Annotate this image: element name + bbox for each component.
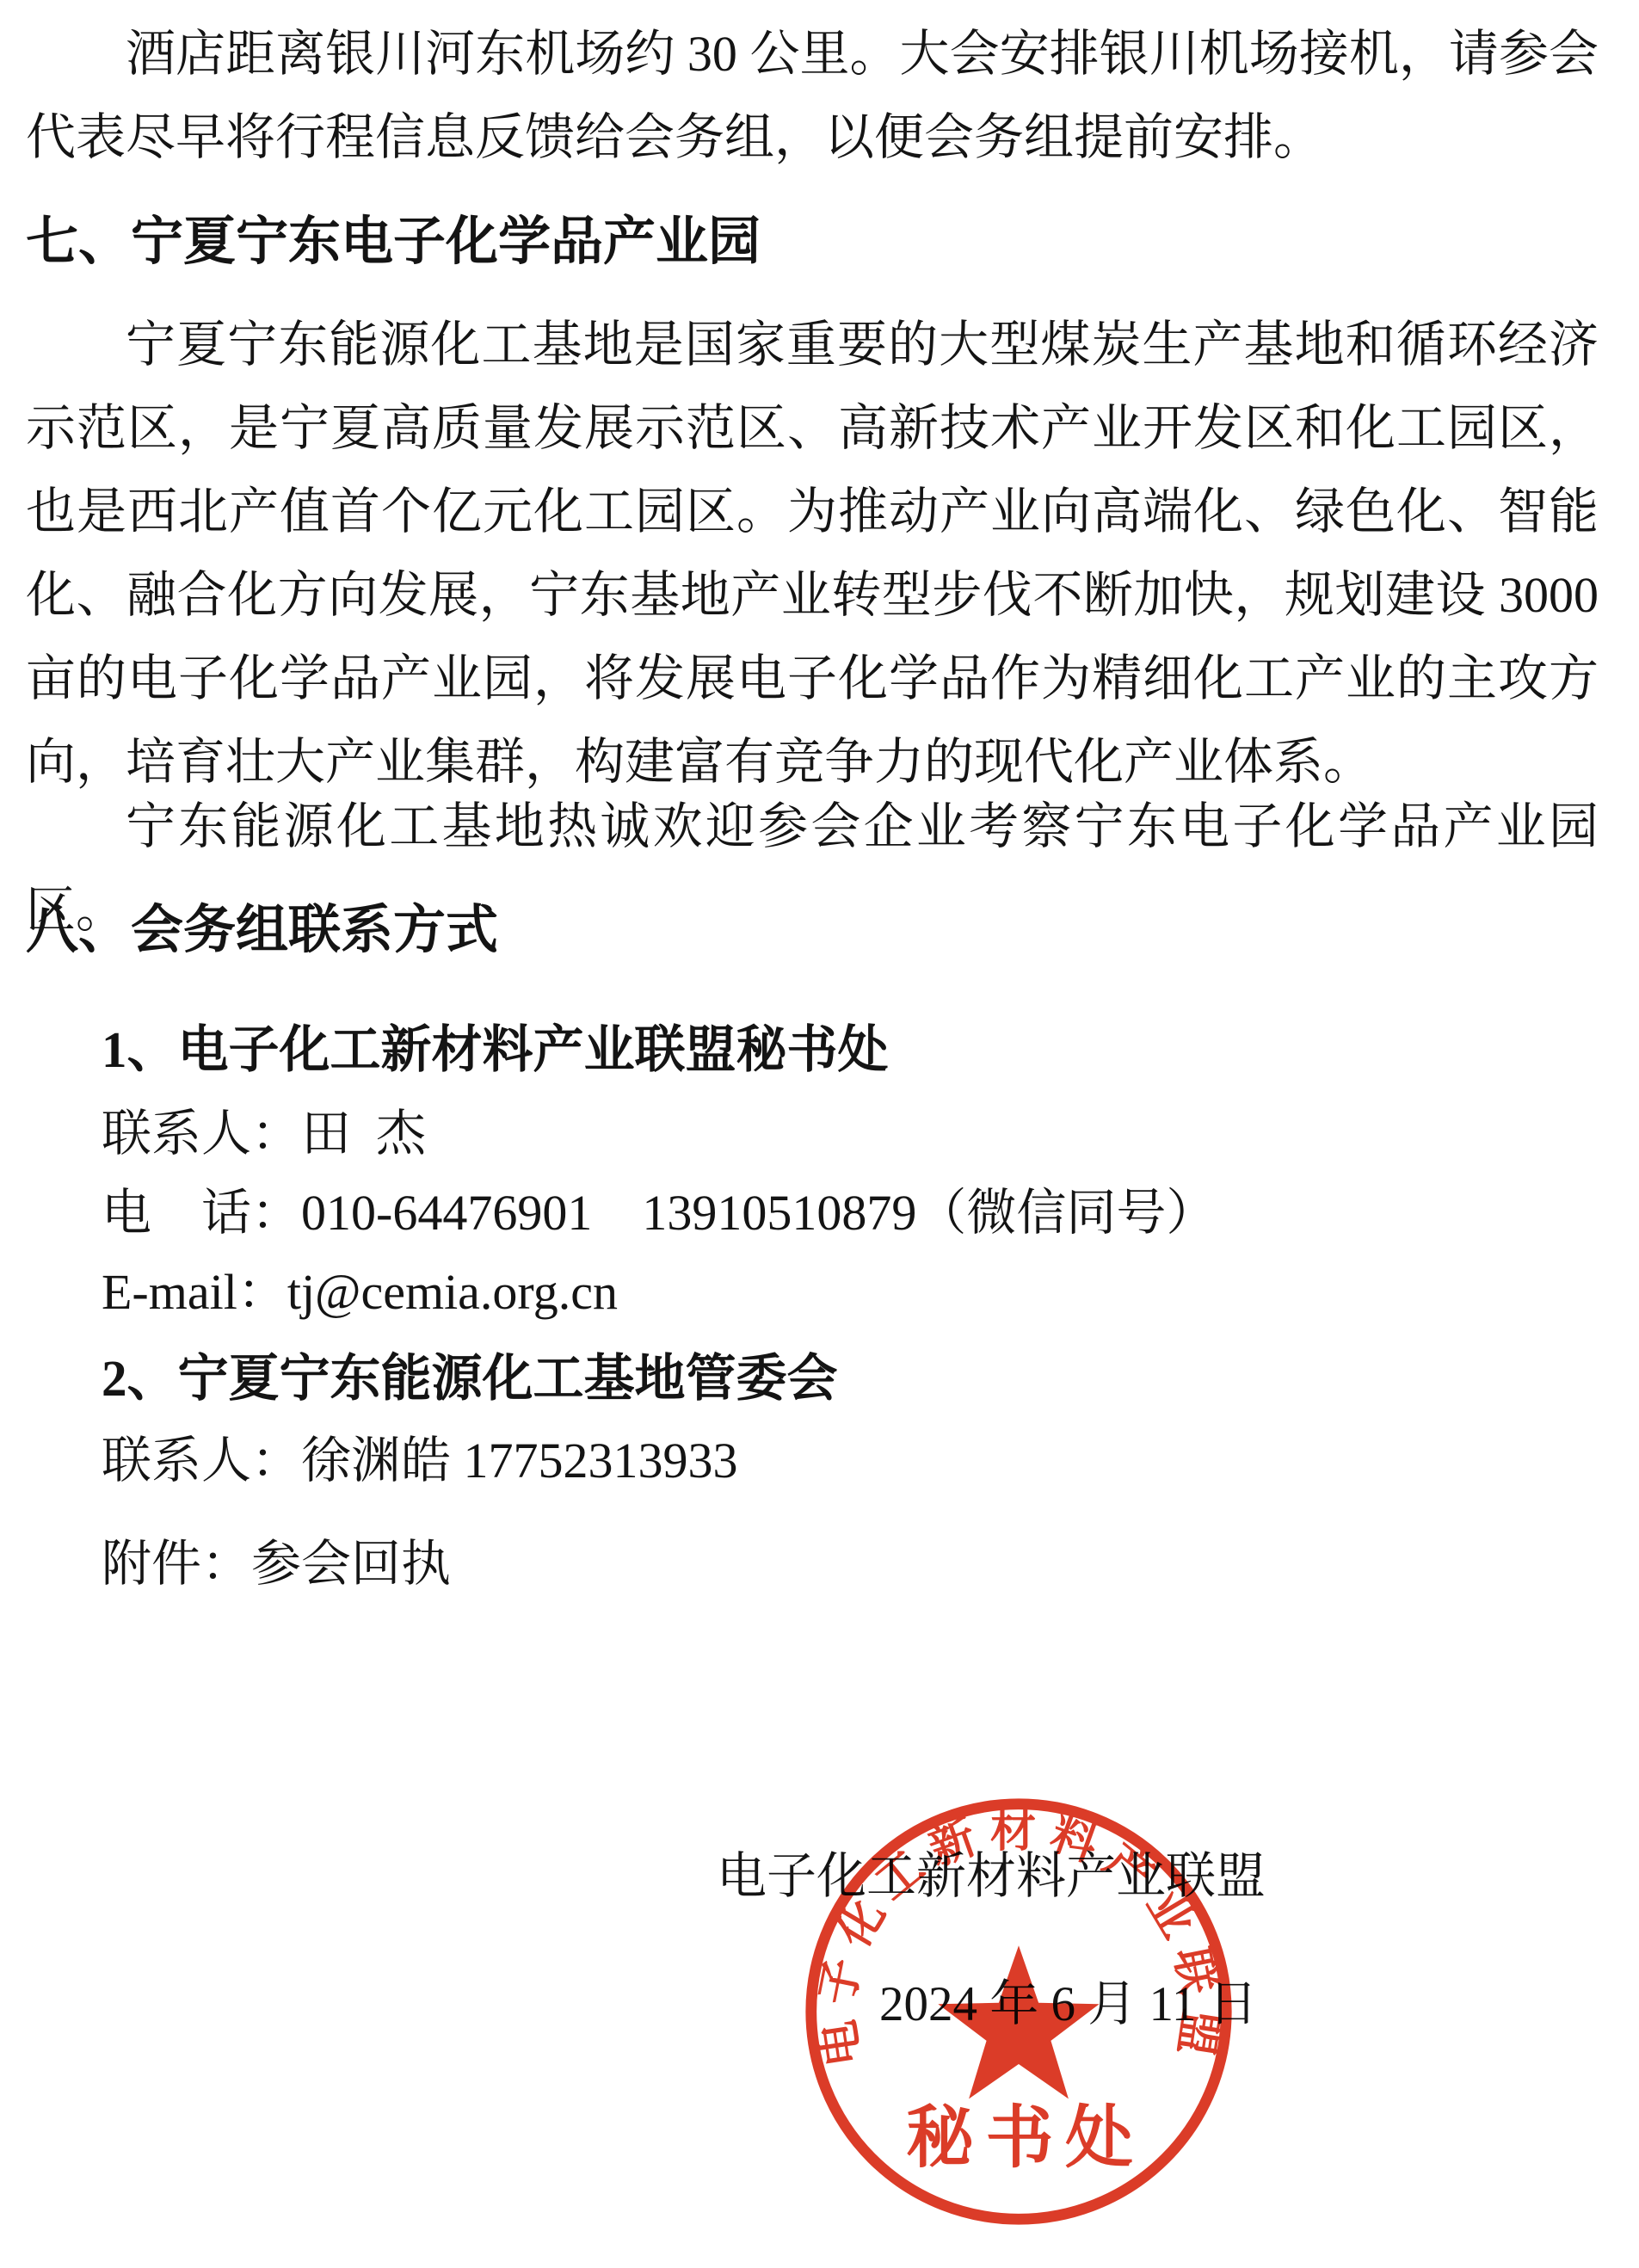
contact-1-heading: 1、电子化工新材料产业联盟秘书处 <box>102 1010 1599 1089</box>
seal-bottom-text: 秘书处 <box>906 2101 1145 2176</box>
contact-2-heading: 2、宁夏宁东能源化工基地管委会 <box>102 1339 1599 1418</box>
contact-1-email: E-mail：tj@cemia.org.cn <box>102 1253 1599 1332</box>
seal-graphic: 电子化工新材料产业联盟 秘书处 <box>798 1791 1239 2232</box>
section-7-paragraph-1: 宁夏宁东能源化工基地是国家重要的大型煤炭生产基地和循环经济示范区，是宁夏高质量发… <box>26 303 1599 804</box>
document-page: 酒店距离银川河东机场约 30 公里。大会安排银川机场接机，请参会代表尽早将行程信… <box>0 0 1639 2268</box>
attachment-note: 附件：参会回执 <box>102 1525 1599 1604</box>
intro-paragraph: 酒店距离银川河东机场约 30 公里。大会安排银川机场接机，请参会代表尽早将行程信… <box>26 12 1599 179</box>
seal-star-icon <box>938 1945 1099 2099</box>
section-8-heading: 八、会务组联系方式 <box>26 888 1599 971</box>
contact-1-phone: 电 话：010-64476901 13910510879（微信同号） <box>102 1174 1599 1253</box>
contact-2-person: 联系人：徐渊皓 17752313933 <box>102 1421 1599 1501</box>
section-7-heading: 七、宁夏宁东电子化学品产业园 <box>26 200 1599 283</box>
contact-1-person: 联系人：田 杰 <box>102 1094 1599 1174</box>
official-seal: 电子化工新材料产业联盟 秘书处 <box>798 1791 1239 2232</box>
